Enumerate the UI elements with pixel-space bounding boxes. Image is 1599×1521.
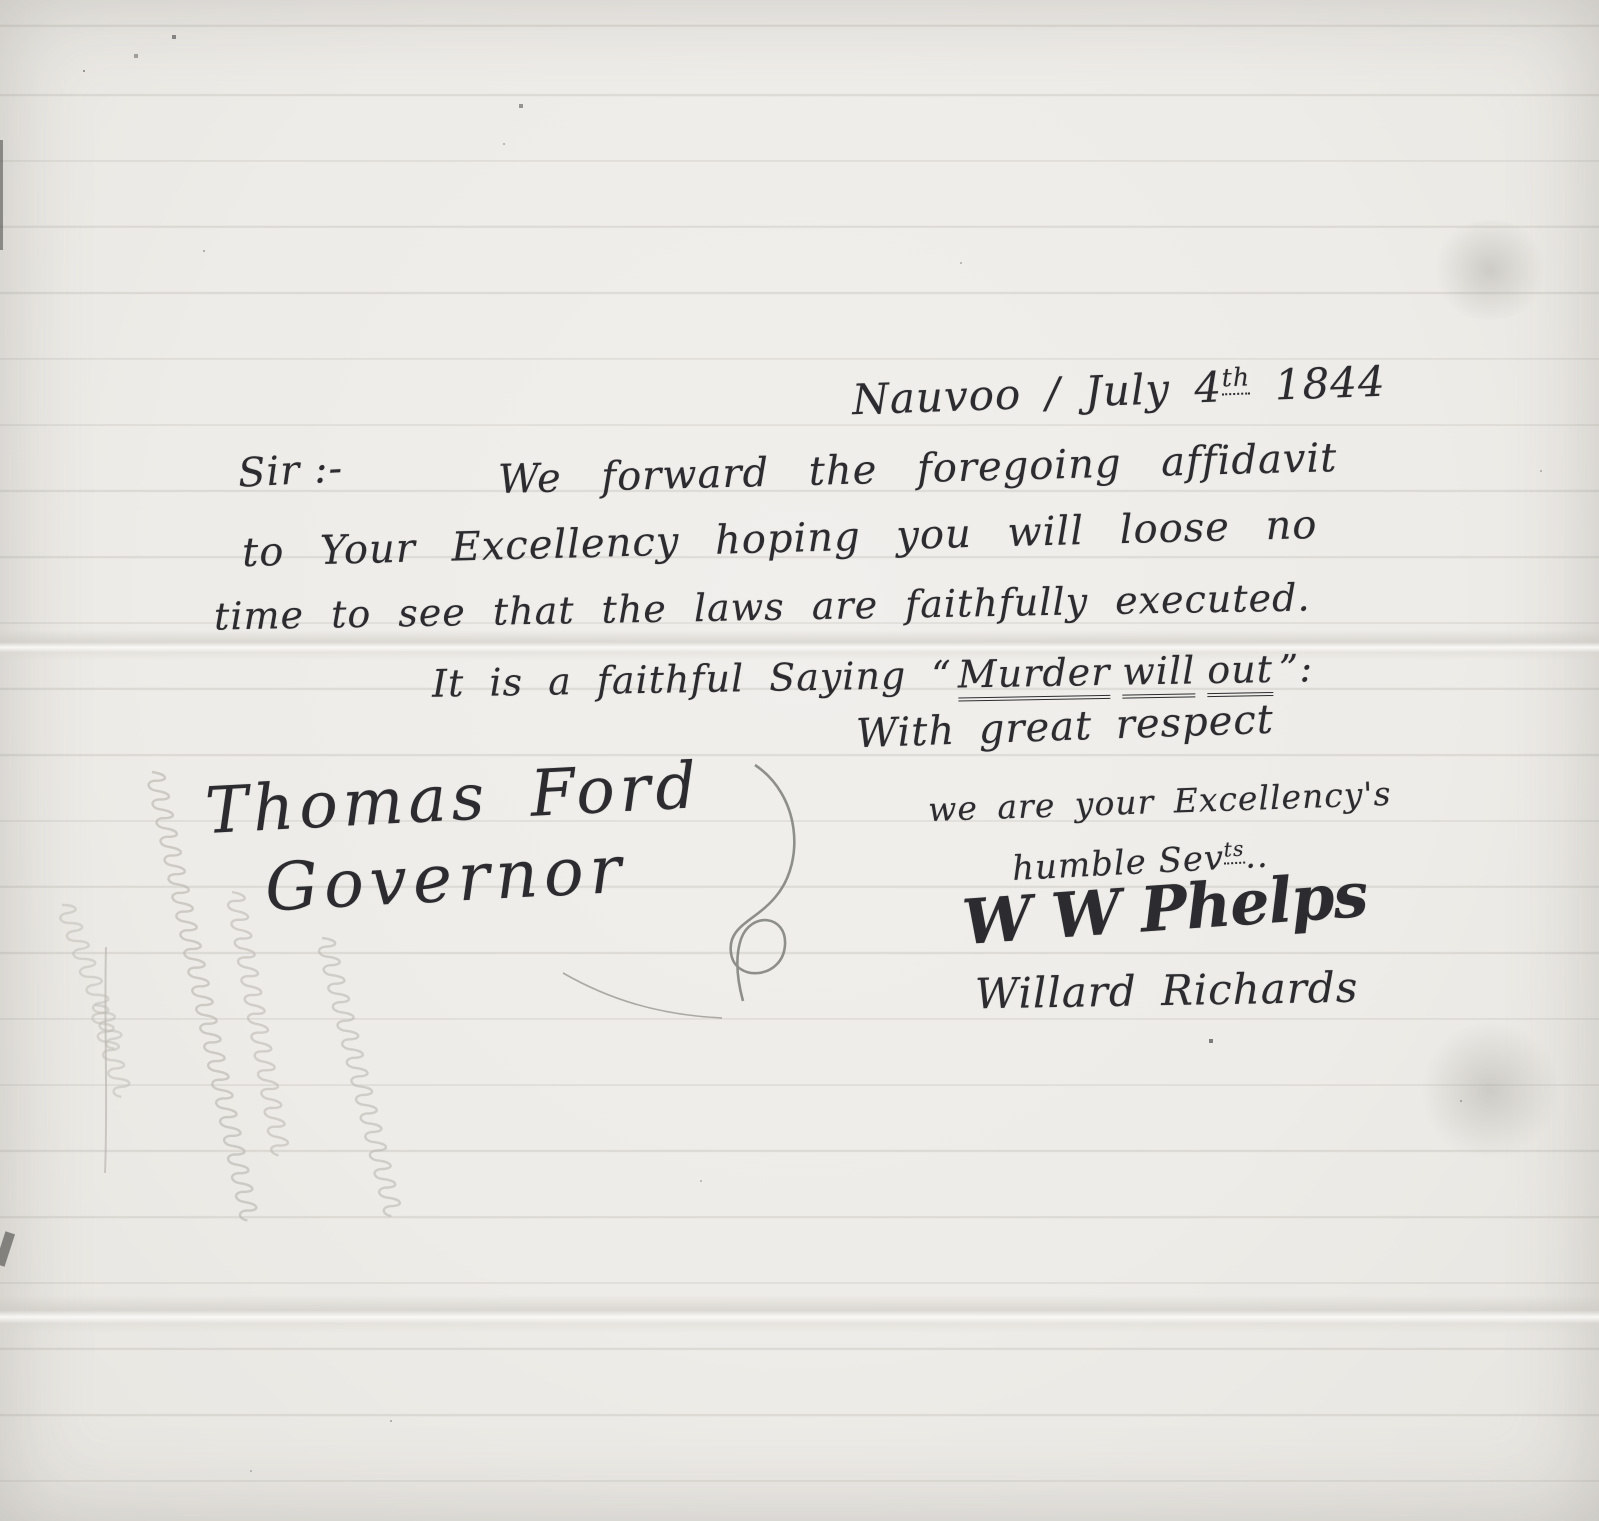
quote-close: ”: xyxy=(1279,646,1314,691)
faint-docket-writing xyxy=(90,1001,131,1099)
faint-docket-writing xyxy=(57,899,124,1054)
quote-open: “ xyxy=(931,653,952,697)
salutation: Sir :- xyxy=(237,445,344,496)
dateline-ordinal: th xyxy=(1221,362,1250,395)
dateline-year: 1844 xyxy=(1274,357,1387,410)
letter-page: Nauvoo / July 4th 1844 Sir :- We forward… xyxy=(0,0,1599,1521)
signature-richards: Willard Richards xyxy=(975,963,1359,1019)
overlay-graphics xyxy=(0,0,1599,1521)
ink-flourish xyxy=(731,765,795,1001)
quoted-word: Murder xyxy=(957,650,1110,702)
quote-prefix: It is a faithful Saying xyxy=(432,653,907,705)
quoted-word: out xyxy=(1207,647,1273,697)
dateline-place: Nauvoo / xyxy=(851,368,1061,424)
closing-sup: ts xyxy=(1223,837,1245,865)
pencil-swoosh xyxy=(563,973,722,1018)
faint-docket-writing xyxy=(317,932,401,1220)
quoted-word: will xyxy=(1122,648,1196,698)
dateline-date: July 4 xyxy=(1084,362,1223,416)
faint-docket-writing xyxy=(227,889,288,1157)
